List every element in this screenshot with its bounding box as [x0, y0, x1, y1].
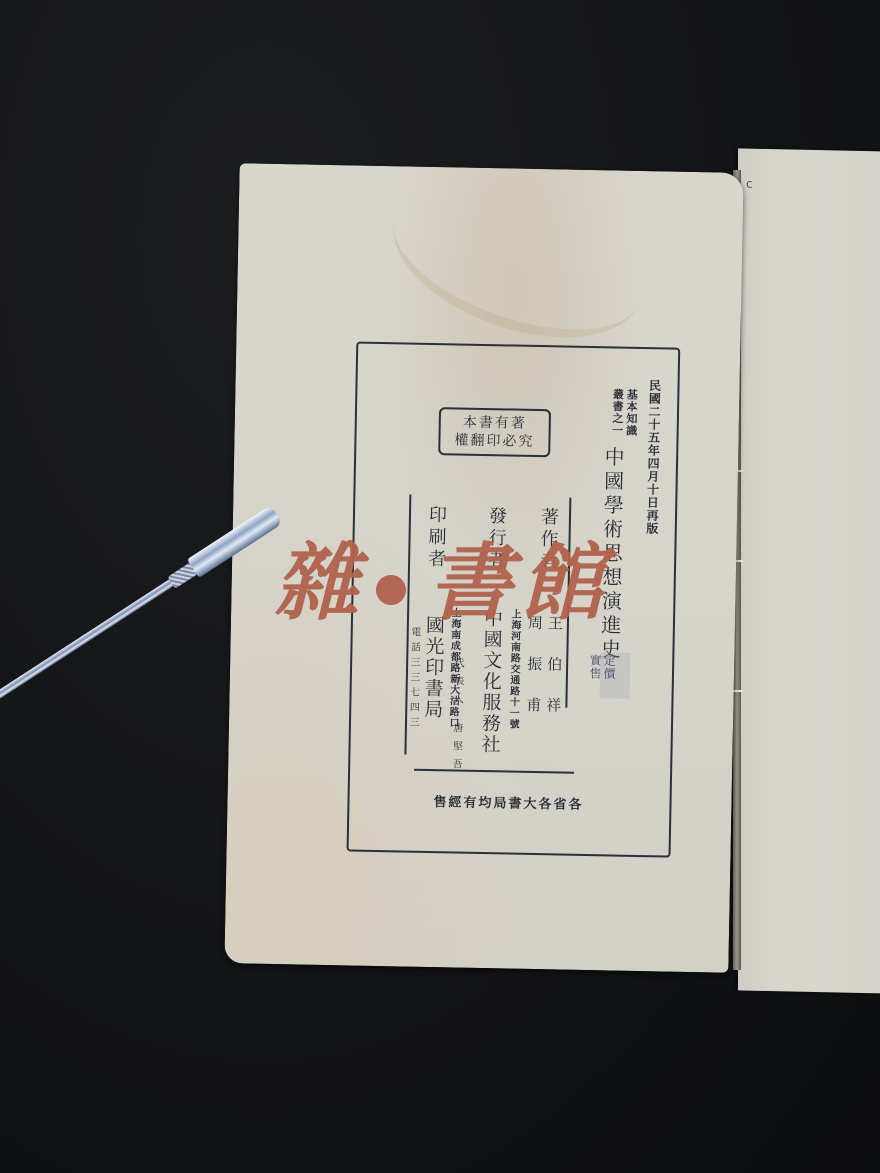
watermark-chars-right: 書館 — [428, 533, 612, 632]
watermark-dot — [376, 575, 406, 605]
copyright-line-1: 本書有著 — [463, 414, 527, 433]
price-label-2: 實售 — [587, 654, 604, 680]
row-divider — [414, 769, 574, 774]
distribution-line: 各省各大書局均有經售 — [413, 791, 603, 814]
printer-phone: 電話三三七四三 — [405, 627, 422, 732]
edition-line: 民國二十五年四月十日再版 — [644, 379, 664, 535]
series-line-2: 叢書之一 — [609, 388, 626, 436]
copyright-notice-box: 本書有著 權翻印必究 — [438, 407, 551, 457]
watermark-char-left: 雜 — [274, 533, 366, 632]
corner-mark: c — [746, 177, 753, 191]
next-leaf-page: c — [738, 148, 880, 993]
binding-thread — [733, 690, 743, 692]
copyright-line-2: 權翻印必究 — [454, 431, 534, 451]
calligraphy-watermark: 雜書館 — [274, 528, 614, 638]
water-stain — [372, 150, 663, 367]
